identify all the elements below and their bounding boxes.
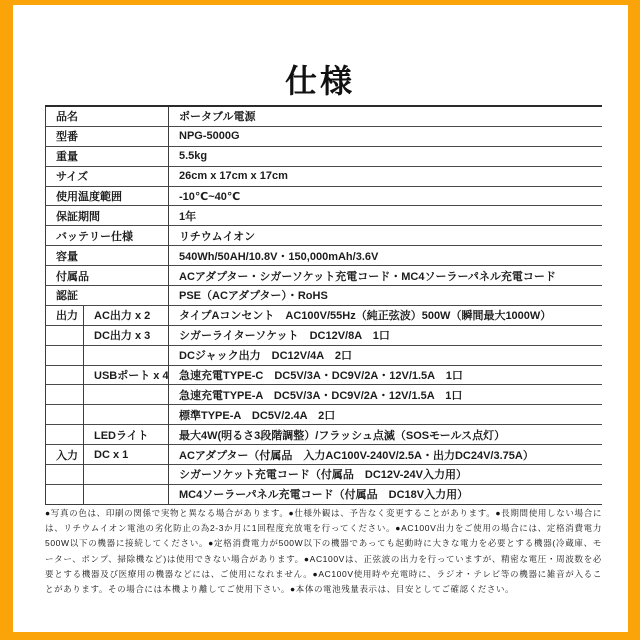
table-row: DCジャック出力 DC12V/4A 2口 xyxy=(46,345,603,365)
spec-subcategory-cell: DC x 1 xyxy=(84,445,169,465)
spec-value-cell: 急速充電TYPE-A DC5V/3A・DC9V/2A・12V/1.5A 1口 xyxy=(169,385,603,405)
table-row: 容量540Wh/50AH/10.8V・150,000mAh/3.6V xyxy=(46,246,603,266)
spec-category-cell xyxy=(46,425,84,445)
table-row: 入力DC x 1ACアダプター（付属品 入力AC100V-240V/2.5A・出… xyxy=(46,445,603,465)
spec-table: 品名ポータブル電源型番NPG-5000G重量5.5kgサイズ26cm x 17c… xyxy=(45,105,602,505)
spec-value-cell: 急速充電TYPE-C DC5V/3A・DC9V/2A・12V/1.5A 1口 xyxy=(169,365,603,385)
spec-sheet-page: 仕様 品名ポータブル電源型番NPG-5000G重量5.5kgサイズ26cm x … xyxy=(0,0,640,640)
spec-value-cell: リチウムイオン xyxy=(169,226,603,246)
spec-value-cell: タイプAコンセント AC100V/55Hz（純正弦波）500W（瞬間最大1000… xyxy=(169,305,603,325)
table-row: DC出力 x 3シガーライターソケット DC12V/8A 1口 xyxy=(46,325,603,345)
spec-value-cell: 標準TYPE-A DC5V/2.4A 2口 xyxy=(169,405,603,425)
spec-value-cell: 最大4W(明るさ3段階調整）/フラッシュ点滅（SOSモールス点灯） xyxy=(169,425,603,445)
spec-value-cell: 1年 xyxy=(169,206,603,226)
table-row: USBポート x 4急速充電TYPE-C DC5V/3A・DC9V/2A・12V… xyxy=(46,365,603,385)
spec-category-cell xyxy=(46,484,84,504)
spec-value-cell: -10℃~40℃ xyxy=(169,186,603,206)
spec-label-cell: サイズ xyxy=(46,166,169,186)
spec-label-cell: 品名 xyxy=(46,106,169,126)
spec-label-cell: 保証期間 xyxy=(46,206,169,226)
spec-subcategory-cell: DC出力 x 3 xyxy=(84,325,169,345)
spec-value-cell: ACアダプター（付属品 入力AC100V-240V/2.5A・出力DC24V/3… xyxy=(169,445,603,465)
spec-value-cell: DCジャック出力 DC12V/4A 2口 xyxy=(169,345,603,365)
spec-category-cell: 入力 xyxy=(46,445,84,465)
spec-value-cell: ポータブル電源 xyxy=(169,106,603,126)
spec-category-cell: 出力 xyxy=(46,305,84,325)
spec-label-cell: 型番 xyxy=(46,126,169,146)
table-row: バッテリー仕様リチウムイオン xyxy=(46,226,603,246)
spec-label-cell: 重量 xyxy=(46,146,169,166)
spec-value-cell: PSE（ACアダプター）・RoHS xyxy=(169,286,603,306)
spec-value-cell: ACアダプター・シガーソケット充電コード・MC4ソーラーパネル充電コード xyxy=(169,266,603,286)
spec-value-cell: 5.5kg xyxy=(169,146,603,166)
spec-category-cell xyxy=(46,345,84,365)
spec-subcategory-cell: USBポート x 4 xyxy=(84,365,169,385)
spec-value-cell: MC4ソーラーパネル充電コード（付属品 DC18V入力用） xyxy=(169,484,603,504)
spec-subcategory-cell xyxy=(84,484,169,504)
spec-subcategory-cell: AC出力 x 2 xyxy=(84,305,169,325)
table-row: 認証PSE（ACアダプター）・RoHS xyxy=(46,286,603,306)
spec-value-cell: シガーライターソケット DC12V/8A 1口 xyxy=(169,325,603,345)
page-title: 仕様 xyxy=(0,56,640,102)
spec-category-cell xyxy=(46,465,84,485)
spec-subcategory-cell xyxy=(84,345,169,365)
spec-value-cell: 540Wh/50AH/10.8V・150,000mAh/3.6V xyxy=(169,246,603,266)
table-row: 保証期間1年 xyxy=(46,206,603,226)
table-row: 使用温度範囲-10℃~40℃ xyxy=(46,186,603,206)
spec-label-cell: 付属品 xyxy=(46,266,169,286)
spec-label-cell: 認証 xyxy=(46,286,169,306)
spec-category-cell xyxy=(46,365,84,385)
spec-label-cell: 使用温度範囲 xyxy=(46,186,169,206)
table-row: MC4ソーラーパネル充電コード（付属品 DC18V入力用） xyxy=(46,484,603,504)
table-row: 付属品ACアダプター・シガーソケット充電コード・MC4ソーラーパネル充電コード xyxy=(46,266,603,286)
spec-subcategory-cell xyxy=(84,405,169,425)
spec-category-cell xyxy=(46,405,84,425)
spec-table-body: 品名ポータブル電源型番NPG-5000G重量5.5kgサイズ26cm x 17c… xyxy=(46,106,603,504)
spec-category-cell xyxy=(46,385,84,405)
spec-subcategory-cell xyxy=(84,465,169,485)
spec-subcategory-cell xyxy=(84,385,169,405)
table-row: サイズ26cm x 17cm x 17cm xyxy=(46,166,603,186)
table-row: 急速充電TYPE-A DC5V/3A・DC9V/2A・12V/1.5A 1口 xyxy=(46,385,603,405)
footnotes: ●写真の色は、印刷の関係で実物と異なる場合があります。●仕様外観は、予告なく変更… xyxy=(45,506,602,597)
spec-value-cell: NPG-5000G xyxy=(169,126,603,146)
table-row: 出力AC出力 x 2タイプAコンセント AC100V/55Hz（純正弦波）500… xyxy=(46,305,603,325)
spec-value-cell: シガーソケット充電コード（付属品 DC12V-24V入力用） xyxy=(169,465,603,485)
table-row: 型番NPG-5000G xyxy=(46,126,603,146)
spec-label-cell: バッテリー仕様 xyxy=(46,226,169,246)
spec-category-cell xyxy=(46,325,84,345)
table-row: 標準TYPE-A DC5V/2.4A 2口 xyxy=(46,405,603,425)
spec-subcategory-cell: LEDライト xyxy=(84,425,169,445)
spec-label-cell: 容量 xyxy=(46,246,169,266)
table-row: 重量5.5kg xyxy=(46,146,603,166)
spec-value-cell: 26cm x 17cm x 17cm xyxy=(169,166,603,186)
table-row: 品名ポータブル電源 xyxy=(46,106,603,126)
table-row: シガーソケット充電コード（付属品 DC12V-24V入力用） xyxy=(46,465,603,485)
table-row: LEDライト最大4W(明るさ3段階調整）/フラッシュ点滅（SOSモールス点灯） xyxy=(46,425,603,445)
